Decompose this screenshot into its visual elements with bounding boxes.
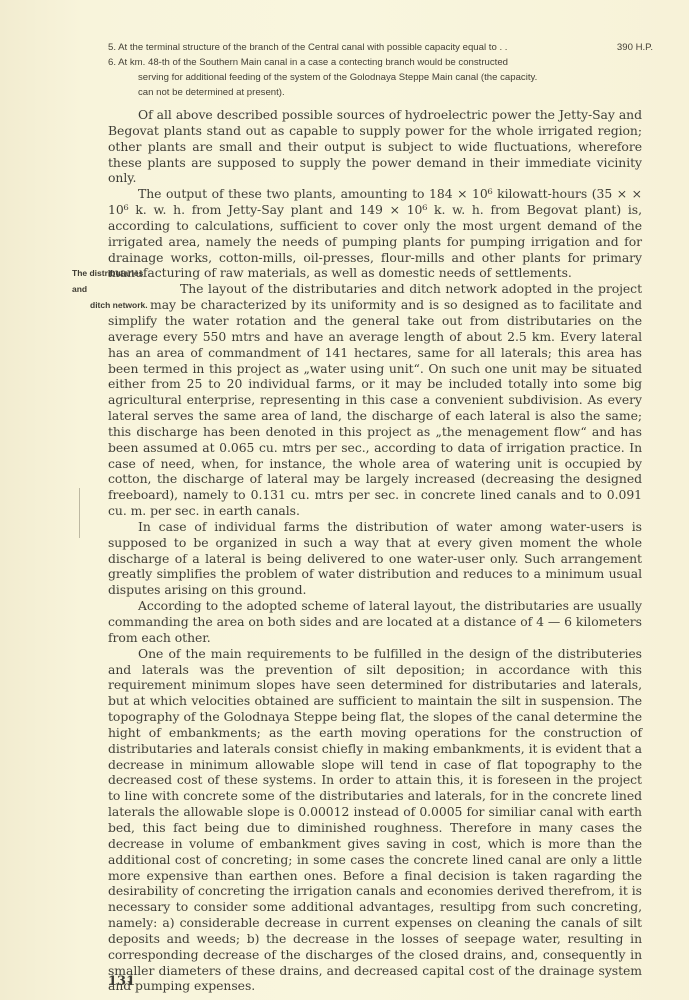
numbered-list: 5. At the terminal structure of the bran…	[108, 40, 653, 100]
margin-heading-space	[0, 281, 150, 311]
list-item-continuation: can not be determined at present).	[108, 85, 653, 100]
list-item-number: 6.	[108, 57, 116, 68]
paragraph-lateral-scheme: According to the adopted scheme of later…	[108, 598, 642, 646]
paragraph-plant-output: The output of these two plants, amountin…	[108, 186, 642, 281]
list-item-value: 390 H.P.	[617, 40, 653, 55]
list-item-6: 6. At km. 48-th of the Southern Main can…	[108, 55, 653, 70]
margin-pencil-mark	[79, 488, 80, 538]
list-item-number: 5.	[108, 42, 116, 53]
paragraph-distributaries-layout: The layout of the distributaries and dit…	[108, 281, 642, 519]
paragraph-silt-deposition: One of the main requirements to be fulfi…	[108, 646, 642, 995]
paragraph-water-distribution: In case of individual farms the distribu…	[108, 519, 642, 598]
page-number: 131	[108, 974, 135, 989]
list-item-text: At the terminal structure of the branch …	[118, 42, 507, 53]
paragraph-distributaries-text: The layout of the distributaries and dit…	[108, 281, 642, 518]
list-item-5: 5. At the terminal structure of the bran…	[108, 40, 653, 55]
list-item-continuation: serving for additional feeding of the sy…	[108, 70, 653, 85]
list-item-text: At km. 48-th of the Southern Main canal …	[118, 57, 508, 68]
body-text: Of all above described possible sources …	[108, 107, 642, 994]
paragraph-hydroelectric-sources: Of all above described possible sources …	[108, 107, 642, 186]
